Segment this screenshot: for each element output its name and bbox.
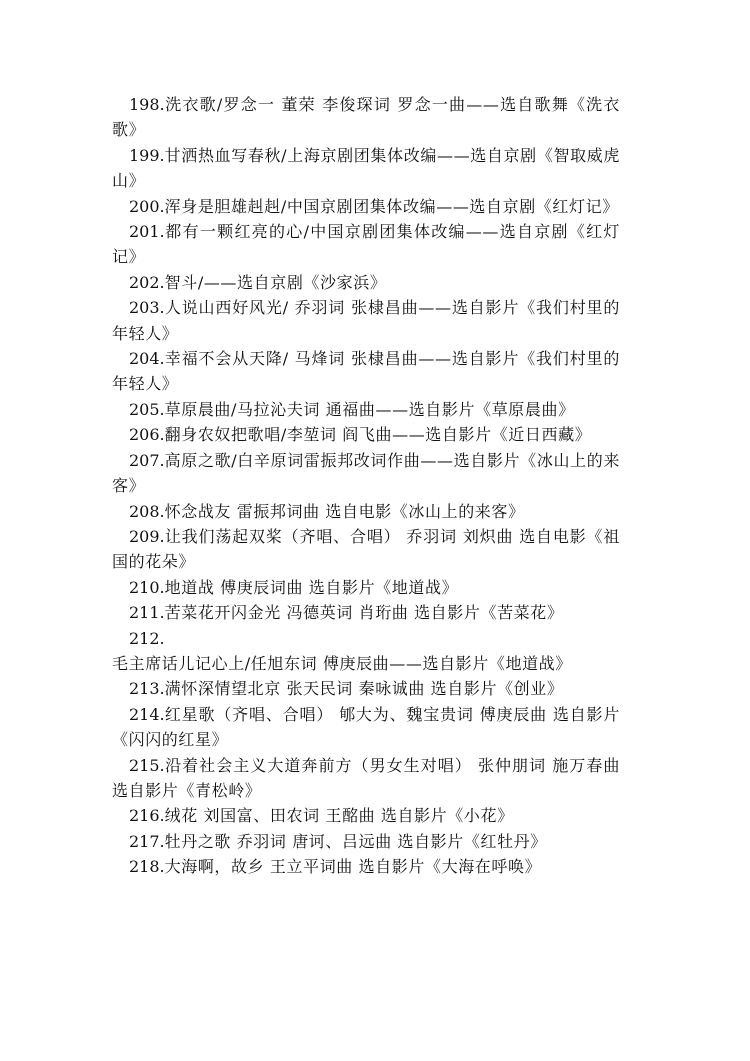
document-page: 198.洗衣歌/罗念一 董荣 李俊琛词 罗念一曲——选自歌舞《洗衣歌》 199.… xyxy=(112,92,620,880)
entry-number: 209. xyxy=(129,527,165,546)
song-entry-198: 198.洗衣歌/罗念一 董荣 李俊琛词 罗念一曲——选自歌舞《洗衣歌》 xyxy=(112,92,620,143)
song-entry-203: 203.人说山西好风光/ 乔羽词 张棣昌曲——选自影片《我们村里的年轻人》 xyxy=(112,295,620,346)
song-entry-218: 218.大海啊，故乡 王立平词曲 选自影片《大海在呼唤》 xyxy=(112,854,620,879)
entry-number: 218. xyxy=(129,857,165,876)
song-entry-214: 214.红星歌（齐唱、合唱） 郇大为、魏宝贵词 傅庚辰曲 选自影片《闪闪的红星》 xyxy=(112,702,620,753)
entry-text: 满怀深情望北京 张天民词 秦咏诚曲 选自影片《创业》 xyxy=(165,679,564,698)
entry-number: 198. xyxy=(129,95,165,114)
song-entry-212: 212.毛主席话儿记心上/任旭东词 傅庚辰曲——选自影片《地道战》 xyxy=(112,626,620,677)
entry-text: 地道战 傅庚辰词曲 选自影片《地道战》 xyxy=(165,578,459,597)
entry-number: 200. xyxy=(129,197,165,216)
entry-number: 211. xyxy=(129,603,165,622)
entry-text: 洗衣歌/罗念一 董荣 李俊琛词 罗念一曲——选自歌舞《洗衣歌》 xyxy=(112,95,620,139)
entry-text: 甘洒热血写春秋/上海京剧团集体改编——选自京剧《智取威虎山》 xyxy=(112,146,620,190)
entry-number: 207. xyxy=(129,451,165,470)
entry-number: 208. xyxy=(129,502,165,521)
entry-text: 牡丹之歌 乔羽词 唐诃、吕远曲 选自影片《红牡丹》 xyxy=(165,832,547,851)
entry-text: 绒花 刘国富、田农词 王酩曲 选自影片《小花》 xyxy=(165,806,514,825)
entry-text: 让我们荡起双桨（齐唱、合唱） 乔羽词 刘炽曲 选自电影《祖国的花朵》 xyxy=(112,527,620,571)
song-entry-217: 217.牡丹之歌 乔羽词 唐诃、吕远曲 选自影片《红牡丹》 xyxy=(112,829,620,854)
entry-number: 217. xyxy=(129,832,165,851)
entry-text: 人说山西好风光/ 乔羽词 张棣昌曲——选自影片《我们村里的年轻人》 xyxy=(112,298,620,342)
entry-number: 210. xyxy=(129,578,165,597)
entry-text: 大海啊，故乡 王立平词曲 选自影片《大海在呼唤》 xyxy=(165,857,542,876)
entry-number: 205. xyxy=(129,400,165,419)
song-entry-199: 199.甘洒热血写春秋/上海京剧团集体改编——选自京剧《智取威虎山》 xyxy=(112,143,620,194)
entry-text: 高原之歌/白辛原词雷振邦改词作曲——选自影片《冰山上的来客》 xyxy=(112,451,620,495)
song-entry-200: 200.浑身是胆雄赳赳/中国京剧团集体改编——选自京剧《红灯记》 xyxy=(112,194,620,219)
entry-text: 沿着社会主义大道奔前方（男女生对唱） 张仲朋词 施万春曲 选自影片《青松岭》 xyxy=(112,756,620,800)
song-entry-204: 204.幸福不会从天降/ 马烽词 张棣昌曲——选自影片《我们村里的年轻人》 xyxy=(112,346,620,397)
entry-number: 203. xyxy=(129,298,165,317)
entry-number: 213. xyxy=(129,679,165,698)
song-entry-206: 206.翻身农奴把歌唱/李堃词 阎飞曲——选自影片《近日西藏》 xyxy=(112,422,620,447)
entry-number: 212. xyxy=(129,629,165,648)
song-entry-216: 216.绒花 刘国富、田农词 王酩曲 选自影片《小花》 xyxy=(112,803,620,828)
entry-number: 204. xyxy=(129,349,165,368)
entry-text: 苦菜花开闪金光 冯德英词 肖珩曲 选自影片《苦菜花》 xyxy=(165,603,564,622)
song-entry-207: 207.高原之歌/白辛原词雷振邦改词作曲——选自影片《冰山上的来客》 xyxy=(112,448,620,499)
entry-text: 毛主席话儿记心上/任旭东词 傅庚辰曲——选自影片《地道战》 xyxy=(112,654,572,673)
song-entry-201: 201.都有一颗红亮的心/中国京剧团集体改编——选自京剧《红灯记》 xyxy=(112,219,620,270)
entry-number: 216. xyxy=(129,806,165,825)
entry-text: 翻身农奴把歌唱/李堃词 阎飞曲——选自影片《近日西藏》 xyxy=(165,425,592,444)
entry-text: 草原晨曲/马拉沁夫词 通福曲——选自影片《草原晨曲》 xyxy=(165,400,575,419)
entry-number: 214. xyxy=(129,705,165,724)
song-entry-202: 202.智斗/——选自京剧《沙家浜》 xyxy=(112,270,620,295)
song-entry-208: 208.怀念战友 雷振邦词曲 选自电影《冰山上的来客》 xyxy=(112,499,620,524)
entry-text: 红星歌（齐唱、合唱） 郇大为、魏宝贵词 傅庚辰曲 选自影片《闪闪的红星》 xyxy=(112,705,620,749)
song-entry-205: 205.草原晨曲/马拉沁夫词 通福曲——选自影片《草原晨曲》 xyxy=(112,397,620,422)
song-entry-213: 213.满怀深情望北京 张天民词 秦咏诚曲 选自影片《创业》 xyxy=(112,676,620,701)
entry-number: 202. xyxy=(129,273,165,292)
entry-text: 怀念战友 雷振邦词曲 选自电影《冰山上的来客》 xyxy=(165,502,525,521)
entry-text: 浑身是胆雄赳赳/中国京剧团集体改编——选自京剧《红灯记》 xyxy=(165,197,619,216)
entry-number: 199. xyxy=(129,146,165,165)
entry-text: 幸福不会从天降/ 马烽词 张棣昌曲——选自影片《我们村里的年轻人》 xyxy=(112,349,620,393)
entry-number: 206. xyxy=(129,425,165,444)
song-entry-210: 210.地道战 傅庚辰词曲 选自影片《地道战》 xyxy=(112,575,620,600)
entry-text: 智斗/——选自京剧《沙家浜》 xyxy=(165,273,387,292)
song-entry-209: 209.让我们荡起双桨（齐唱、合唱） 乔羽词 刘炽曲 选自电影《祖国的花朵》 xyxy=(112,524,620,575)
entry-number: 201. xyxy=(129,222,165,241)
entry-number: 215. xyxy=(129,756,165,775)
song-entry-211: 211.苦菜花开闪金光 冯德英词 肖珩曲 选自影片《苦菜花》 xyxy=(112,600,620,625)
song-entry-215: 215.沿着社会主义大道奔前方（男女生对唱） 张仲朋词 施万春曲 选自影片《青松… xyxy=(112,753,620,804)
entry-text: 都有一颗红亮的心/中国京剧团集体改编——选自京剧《红灯记》 xyxy=(112,222,620,266)
